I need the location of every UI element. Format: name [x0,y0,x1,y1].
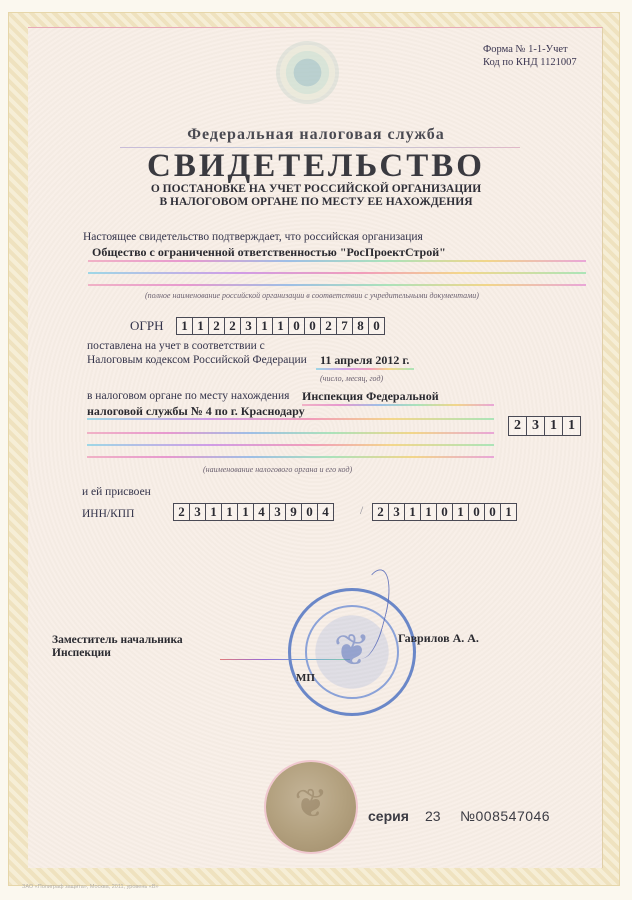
digit-cell: 1 [238,504,254,520]
digit-cell: 1 [273,318,289,334]
tax-authority-name-1: Инспекция Федеральной [302,389,439,404]
digit-cell: 1 [206,504,222,520]
knd-code: Код по КНД 1121007 [483,56,577,69]
registration-line-2: Налоговым кодексом Российской Федерации [87,354,307,366]
digit-cell: 0 [305,318,321,334]
ogrn-label: ОГРН [130,318,164,334]
fill-line [87,418,494,420]
issuer-title: Федеральная налоговая служба [0,126,632,144]
serial-series: 23 [425,808,441,824]
serial-number: №008547046 [460,808,550,824]
digit-cell: 7 [337,318,353,334]
digit-cell: 1 [563,417,580,435]
digit-cell: 3 [527,417,545,435]
digit-cell: 1 [545,417,563,435]
assignment-intro: и ей присвоен [82,486,151,498]
certificate-title: СВИДЕТЕЛЬСТВО [0,148,632,185]
digit-cell: 2 [509,417,527,435]
registration-line-1: поставлена на учет в соответствии с [87,340,265,352]
digit-cell: 3 [270,504,286,520]
signatory-position-1: Заместитель начальника [52,634,183,646]
digit-cell: 0 [302,504,318,520]
digit-cell: 0 [485,504,501,520]
fill-line [87,456,494,458]
signatory-position-2: Инспекции [52,647,111,659]
ogrn-cells: 1122311002780 [176,317,385,335]
digit-cell: 2 [225,318,241,334]
registration-date: 11 апреля 2012 г. [320,353,409,368]
fill-line [87,432,494,434]
organization-name-note: (полное наименование российской организа… [145,291,479,300]
printer-note: ЗАО «Полиграф защита», Москва, 2011, уро… [22,884,159,890]
fill-line [88,284,586,286]
digit-cell: 2 [209,318,225,334]
gold-seal-emblem-icon [266,762,356,852]
kpp-cells: 231101001 [372,503,517,521]
fill-line [316,368,414,370]
inn-kpp-separator: / [360,505,363,517]
digit-cell: 4 [254,504,270,520]
tax-authority-intro: в налоговом органе по месту нахождения [87,390,289,402]
digit-cell: 1 [501,504,516,520]
digit-cell: 4 [318,504,333,520]
digit-cell: 3 [190,504,206,520]
serial-label: серия [368,808,409,824]
organization-name: Общество с ограниченной ответственностью… [92,245,446,260]
digit-cell: 0 [469,504,485,520]
tax-authority-note: (наименование налогового органа и его ко… [203,465,352,474]
organization-intro: Настоящее свидетельство подтверждает, чт… [83,231,423,243]
form-number-block: Форма № 1-1-Учет Код по КНД 1121007 [483,43,577,69]
form-number: Форма № 1-1-Учет [483,43,577,56]
digit-cell: 0 [369,318,384,334]
inn-cells: 2311143904 [173,503,334,521]
digit-cell: 1 [222,504,238,520]
date-note: (число, месяц, год) [320,374,383,383]
digit-cell: 9 [286,504,302,520]
tax-authority-name-2: налоговой службы № 4 по г. Краснодару [87,404,305,419]
digit-cell: 1 [453,504,469,520]
digit-cell: 0 [289,318,305,334]
digit-cell: 1 [405,504,421,520]
digit-cell: 3 [241,318,257,334]
fill-line [302,404,494,406]
digit-cell: 1 [421,504,437,520]
stamp-label: МП [296,672,315,684]
inn-kpp-label: ИНН/КПП [82,508,134,520]
fill-line [88,272,586,274]
digit-cell: 3 [389,504,405,520]
fill-line [88,260,586,262]
certificate-subtitle-1: О ПОСТАНОВКЕ НА УЧЕТ РОССИЙСКОЙ ОРГАНИЗА… [0,183,632,195]
digit-cell: 1 [193,318,209,334]
hologram-emblem-icon [280,45,335,100]
digit-cell: 1 [177,318,193,334]
digit-cell: 2 [174,504,190,520]
fill-line [87,444,494,446]
digit-cell: 8 [353,318,369,334]
digit-cell: 2 [321,318,337,334]
tax-authority-code-cells: 2311 [508,416,581,436]
digit-cell: 0 [437,504,453,520]
digit-cell: 1 [257,318,273,334]
certificate-subtitle-2: В НАЛОГОВОМ ОРГАНЕ ПО МЕСТУ ЕЕ НАХОЖДЕНИ… [0,196,632,208]
digit-cell: 2 [373,504,389,520]
signatory-name: Гаврилов А. А. [398,631,479,646]
